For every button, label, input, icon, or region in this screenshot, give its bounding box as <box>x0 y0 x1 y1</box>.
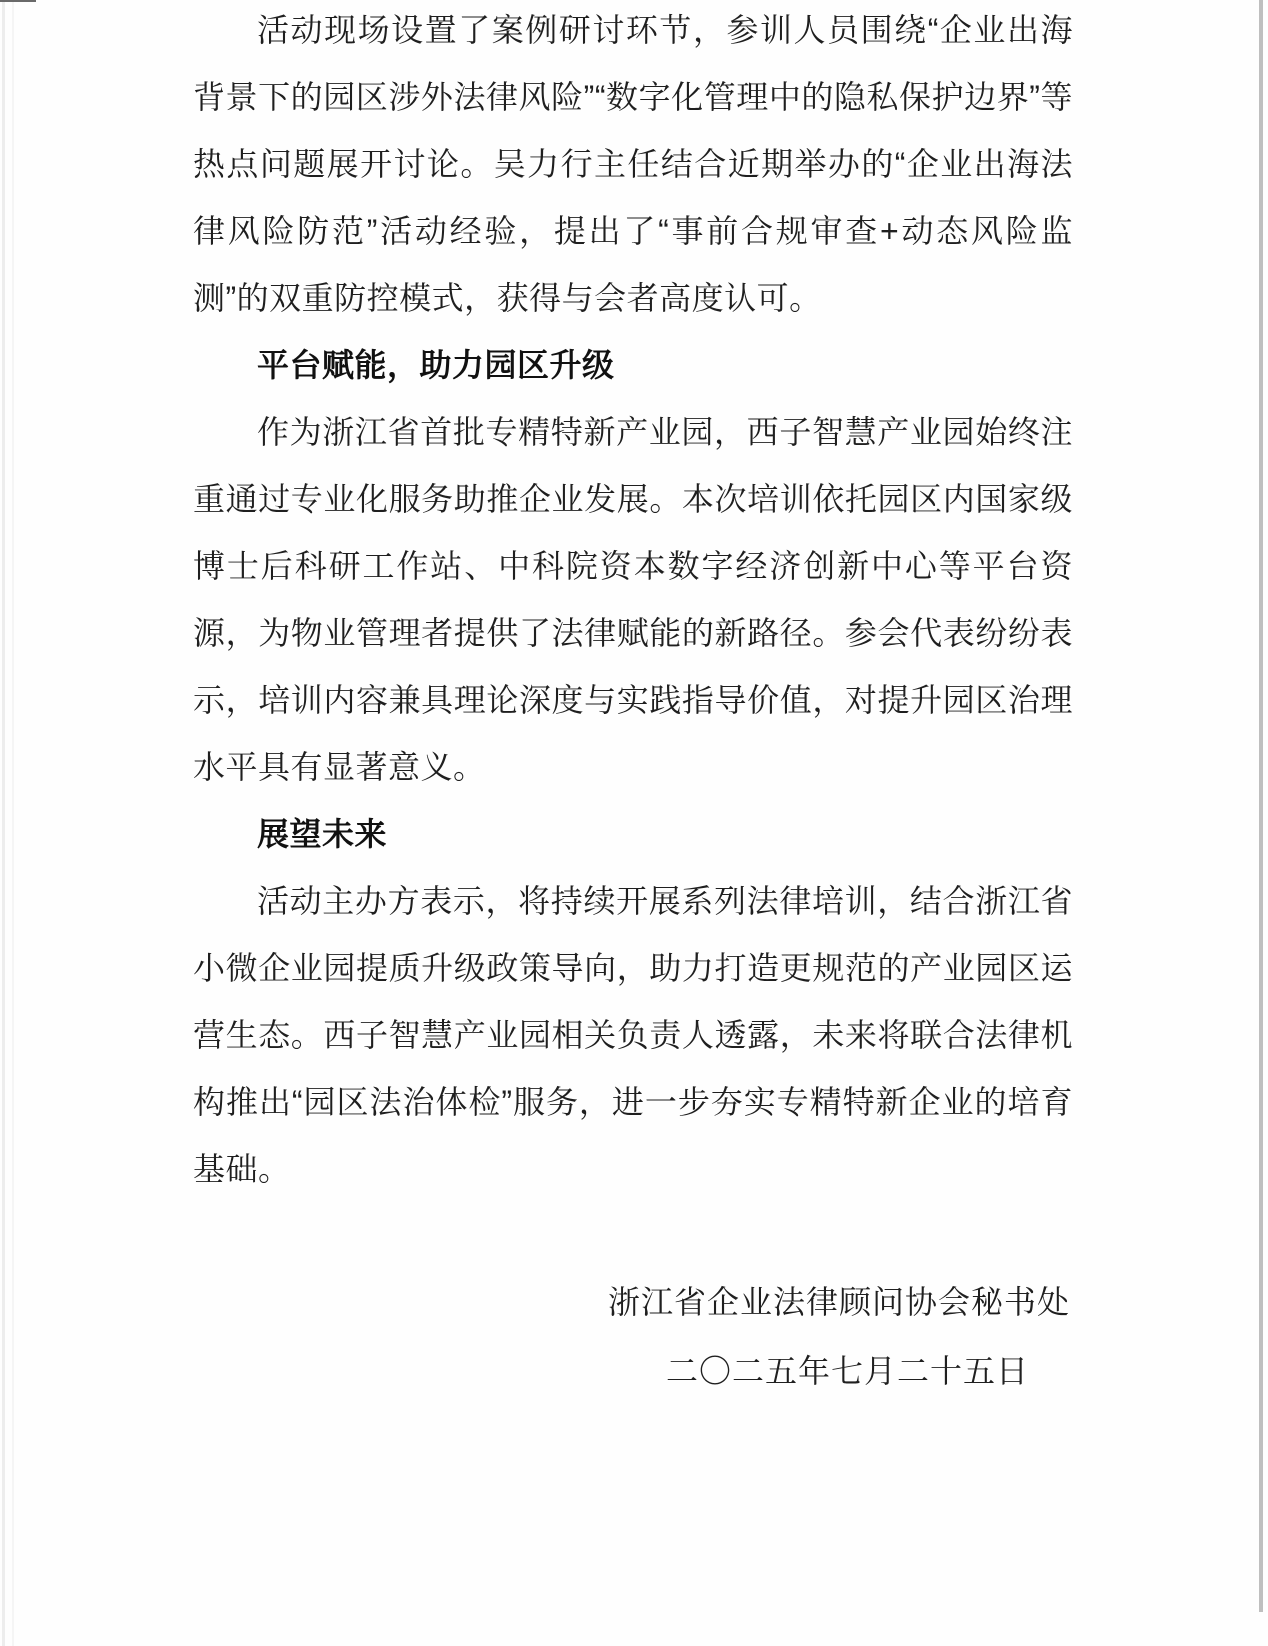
page-edge-left-inner <box>12 0 14 1646</box>
paragraph-future-plans: 活动主办方表示，将持续开展系列法律培训，结合浙江省小微企业园提质升级政策导向，助… <box>193 868 1073 1203</box>
heading-platform-empowerment: 平台赋能，助力园区升级 <box>193 332 1073 399</box>
page-edge-top-tick <box>0 0 36 2</box>
document-page: 活动现场设置了案例研讨环节，参训人员围绕“企业出海背景下的园区涉外法律风险”“数… <box>0 0 1268 1646</box>
paragraph-case-discussion: 活动现场设置了案例研讨环节，参训人员围绕“企业出海背景下的园区涉外法律风险”“数… <box>193 0 1073 332</box>
page-edge-right <box>1259 0 1263 1612</box>
document-body: 活动现场设置了案例研讨环节，参训人员围绕“企业出海背景下的园区涉外法律风险”“数… <box>193 0 1073 1203</box>
signature-organization: 浙江省企业法律顾问协会秘书处 <box>608 1268 1070 1337</box>
paragraph-platform-services: 作为浙江省首批专精特新产业园，西子智慧产业园始终注重通过专业化服务助推企业发展。… <box>193 399 1073 801</box>
signature-date: 二〇二五年七月二十五日 <box>608 1337 1070 1406</box>
page-edge-left <box>2 0 5 1646</box>
signature-block: 浙江省企业法律顾问协会秘书处 二〇二五年七月二十五日 <box>608 1268 1070 1406</box>
heading-future-outlook: 展望未来 <box>193 801 1073 868</box>
